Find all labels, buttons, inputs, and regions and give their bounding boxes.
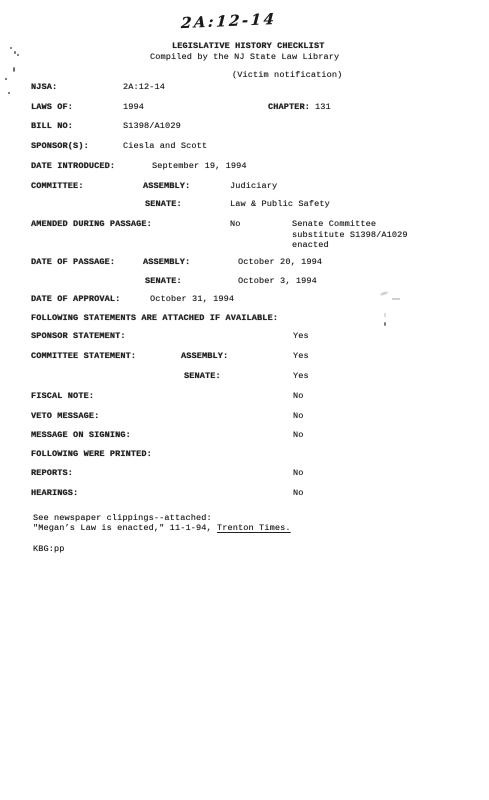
legislative-history-checklist-document: 2A:12-14 LEGISLATIVE HISTORY CHECKLIST C… [0,0,489,800]
sponsor-statement-value: Yes [293,332,309,341]
laws-of-value: 1994 [123,103,144,112]
date-of-approval-value: October 31, 1994 [150,295,234,304]
message-on-signing-label: MESSAGE ON SIGNING: [31,431,131,440]
typist-initials: KBG:pp [33,545,65,554]
statements-header: FOLLOWING STATEMENTS ARE ATTACHED IF AVA… [31,314,278,323]
clipping-source: Trenton Times. [217,523,291,533]
date-introduced-value: September 19, 1994 [152,162,247,171]
subject-note: (Victim notification) [232,71,342,80]
scan-speck [17,54,19,56]
amended-value: No [230,220,241,229]
njsa-value: 2A:12-14 [123,83,165,92]
scan-speck [5,78,7,80]
scan-speck [14,51,16,54]
scan-speck [384,322,386,326]
laws-of-label: LAWS OF: [31,103,73,112]
clipping-citation-prefix: "Megan’s Law is enacted," 11-1-94, [33,523,217,533]
scan-smudge [384,313,386,317]
committee-statement-senate-label: SENATE: [184,372,221,381]
scan-speck [8,92,10,94]
njsa-label: NJSA: [31,83,57,92]
reports-value: No [293,469,304,478]
date-introduced-label: DATE INTRODUCED: [31,162,115,171]
scan-speck [10,47,12,49]
fiscal-note-label: FISCAL NOTE: [31,392,94,401]
committee-senate-label: SENATE: [145,200,182,209]
scan-smudge [392,298,400,300]
passage-senate-label: SENATE: [145,277,182,286]
committee-assembly-value: Judiciary [230,182,277,191]
amended-note-line3: enacted [292,241,329,250]
handwritten-citation: 2A:12-14 [180,10,277,32]
clipping-citation: "Megan’s Law is enacted," 11-1-94, Trent… [33,524,291,533]
amended-note-line1: Senate Committee [292,220,376,229]
date-of-passage-label: DATE OF PASSAGE: [31,258,115,267]
sponsors-value: Ciesla and Scott [123,142,207,151]
scan-speck [13,67,15,72]
committee-statement-assembly-label: ASSEMBLY: [181,352,228,361]
passage-senate-value: October 3, 1994 [238,277,317,286]
clippings-note: See newspaper clippings--attached: [33,514,212,523]
passage-assembly-label: ASSEMBLY: [143,258,190,267]
committee-statement-label: COMMITTEE STATEMENT: [31,352,136,361]
committee-statement-senate-value: Yes [293,372,309,381]
printed-header: FOLLOWING WERE PRINTED: [31,450,152,459]
committee-assembly-label: ASSEMBLY: [143,182,190,191]
reports-label: REPORTS: [31,469,73,478]
bill-no-label: BILL NO: [31,122,73,131]
passage-assembly-value: October 20, 1994 [238,258,322,267]
scan-smudge [380,291,389,296]
sponsors-label: SPONSOR(S): [31,142,89,151]
committee-label: COMMITTEE: [31,182,84,191]
committee-senate-value: Law & Public Safety [230,200,330,209]
committee-statement-assembly-value: Yes [293,352,309,361]
page-subtitle: Compiled by the NJ State Law Library [150,53,339,62]
hearings-value: No [293,489,304,498]
amended-note-line2: substitute S1398/A1029 [292,231,408,240]
message-on-signing-value: No [293,431,304,440]
hearings-label: HEARINGS: [31,489,78,498]
date-of-approval-label: DATE OF APPROVAL: [31,295,120,304]
veto-message-value: No [293,412,304,421]
chapter-value: 131 [315,103,331,112]
fiscal-note-value: No [293,392,304,401]
bill-no-value: S1398/A1029 [123,122,181,131]
chapter-label: CHAPTER: [268,103,310,112]
veto-message-label: VETO MESSAGE: [31,412,99,421]
sponsor-statement-label: SPONSOR STATEMENT: [31,332,126,341]
amended-label: AMENDED DURING PASSAGE: [31,220,152,229]
page-title: LEGISLATIVE HISTORY CHECKLIST [172,42,324,51]
